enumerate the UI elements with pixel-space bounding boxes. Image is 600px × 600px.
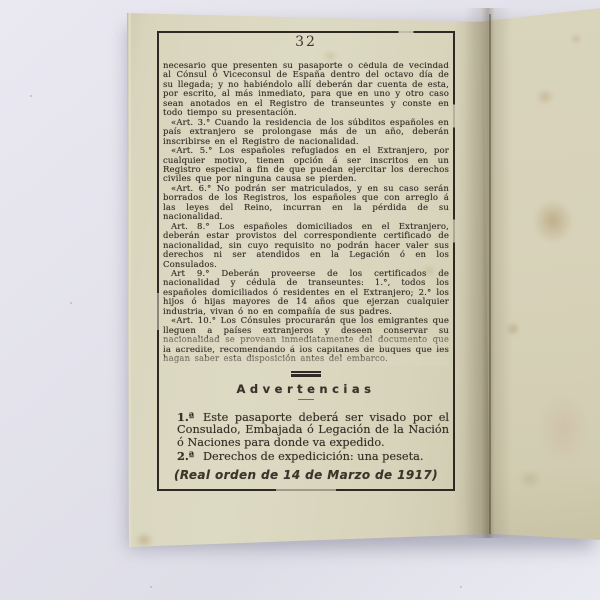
royal-order-note: (Real orden de 14 de Marzo de 1917) bbox=[163, 468, 449, 482]
dust-speck bbox=[460, 586, 462, 588]
body-paragraph: «Art. 3.° Cuando la residencia de los sú… bbox=[163, 119, 449, 147]
body-paragraph: necesario que presenten su pasaporte o c… bbox=[163, 62, 449, 119]
foxing-stain bbox=[538, 394, 588, 464]
foxing-stain bbox=[518, 469, 542, 489]
dust-speck bbox=[70, 302, 72, 304]
frame-border-left bbox=[157, 31, 159, 491]
printed-frame: 32 necesario que presenten su pasaporte … bbox=[157, 31, 455, 491]
floral-ornament-icon bbox=[258, 488, 354, 489]
advertencias-title: Advertencias bbox=[163, 382, 449, 396]
item-marker: 1.ª bbox=[177, 411, 203, 423]
body-paragraph: «Art. 10.° Los Cónsules procurarán que l… bbox=[163, 317, 449, 364]
foxing-stain bbox=[533, 199, 573, 243]
page-number: 32 bbox=[157, 34, 455, 50]
body-paragraph: Art. 8.° Los españoles domiciliados en e… bbox=[163, 223, 449, 270]
booklet-left-page: 32 necesario que presenten su pasaporte … bbox=[122, 10, 490, 550]
frame-border-right bbox=[453, 31, 455, 491]
dust-speck bbox=[30, 95, 32, 97]
advertencia-item: 2.ªDerechos de expedicición: una peseta. bbox=[163, 450, 449, 463]
foxing-stain bbox=[134, 532, 154, 548]
item-marker: 2.ª bbox=[177, 450, 203, 462]
photo-background: 32 necesario que presenten su pasaporte … bbox=[0, 0, 600, 600]
item-text: Este pasaporte deberá ser visado por el … bbox=[177, 411, 449, 449]
text-column: necesario que presenten su pasaporte o c… bbox=[163, 62, 449, 489]
foxing-stain bbox=[536, 89, 554, 105]
dust-speck bbox=[150, 586, 152, 588]
frame-border-top bbox=[157, 31, 455, 33]
item-text: Derechos de expedicición: una peseta. bbox=[203, 450, 423, 463]
title-underline-rule bbox=[298, 399, 314, 400]
body-paragraph: Art 9.° Deberán proveerse de los certifi… bbox=[163, 270, 449, 317]
advertencia-item: 1.ªEste pasaporte deberá ser visado por … bbox=[163, 411, 449, 449]
foxing-stain bbox=[570, 34, 582, 44]
body-paragraph: «Art. 5.° Los españoles refugiados en el… bbox=[163, 147, 449, 185]
body-paragraph: «Art. 6.° No podrán ser matriculados, y … bbox=[163, 185, 449, 223]
section-divider-icon bbox=[291, 371, 321, 377]
foxing-stain bbox=[506, 322, 520, 336]
booklet-right-page bbox=[478, 4, 600, 544]
frame-border-bottom bbox=[157, 489, 455, 491]
